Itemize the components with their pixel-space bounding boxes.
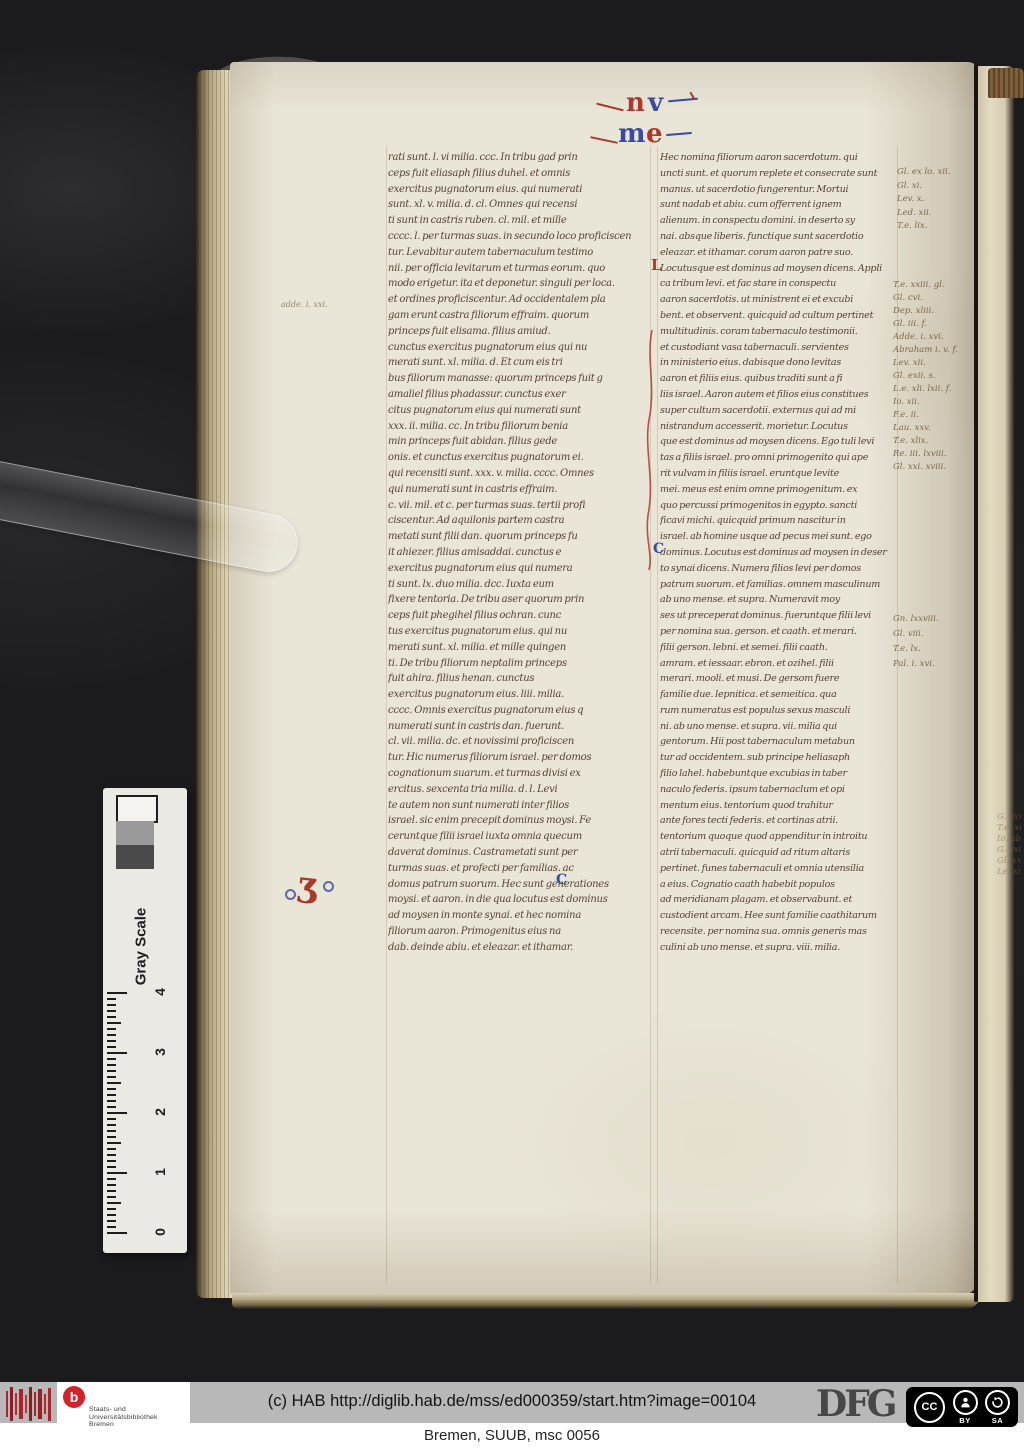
marginal-glosses: T.e. xxiii. gl.Gl. cvi.Dep. xliii.Gl. ii… xyxy=(893,279,993,474)
manuscript-text-line: uncti sunt. et quorum replete et consecr… xyxy=(660,166,900,182)
marginal-glosses: Gn. lxxviii.Gl. viii.T.e. lx.Pal. i. xvi… xyxy=(893,612,989,672)
ruler-tick xyxy=(107,1136,116,1138)
manuscript-text-line: tur ad occidentem. sub principe heliasap… xyxy=(660,750,900,766)
manuscript-text-line: custodient arcam. Hee sunt familie caath… xyxy=(660,908,900,924)
manuscript-text-line: cognationum suarum. et turmas divisi ex xyxy=(388,766,652,782)
rubric-initial: C xyxy=(556,872,567,888)
ruling-line xyxy=(657,146,658,1284)
manuscript-text-line: tus exercitus pugnatorum eius. qui nu xyxy=(388,624,652,640)
gray-scale-label: Gray Scale xyxy=(133,887,150,1007)
manuscript-text-line: gentorum. Hii post tabernaculum metabun xyxy=(660,734,900,750)
manuscript-text-line: te autem non sunt numerati inter filios xyxy=(388,798,652,814)
manuscript-text-line: ciscentur. Ad aquilonis partem castra xyxy=(388,513,652,529)
manuscript-text-line: a eius. Cognatio caath habebit populos xyxy=(660,877,900,893)
manuscript-text-line: atrii tabernaculi. quicquid ad ritum alt… xyxy=(660,845,900,861)
manuscript-text-line: patrum suorum. et familias. omnem mascul… xyxy=(660,577,900,593)
manuscript-text-line: pertinet. funes tabernaculi et omnia ute… xyxy=(660,861,900,877)
ruler-tick xyxy=(107,1034,116,1036)
ruler-tick xyxy=(107,1088,116,1090)
manuscript-text-line: fuit ahira. filius henan. cunctus xyxy=(388,671,652,687)
manuscript-text-line: modo erigetur. ita et deponetur. singuli… xyxy=(388,276,652,292)
ruler-tick xyxy=(107,992,127,994)
digitized-manuscript-photo: n v m e rati sunt. l. vi milia. ccc. In … xyxy=(0,0,1024,1448)
manuscript-text-line: filiorum aaron. Primogenitus eius na xyxy=(388,924,652,940)
ruler-tick xyxy=(107,1160,116,1162)
gloss-line: Dep. xliii. xyxy=(893,305,993,318)
manuscript-text-line: rum numeratus est populus sexus masculi xyxy=(660,703,900,719)
ruler-tick xyxy=(107,1148,116,1150)
manuscript-text-line: moysi. et aaron. in die qua locutus est … xyxy=(388,892,652,908)
manuscript-text-line: israel. ab homine usque ad pecus mei sun… xyxy=(660,529,900,545)
gloss-line: Le. xi. xl. xyxy=(997,867,1021,878)
manuscript-text-line: exercitus pugnatorum eius. qui numerati xyxy=(388,182,652,198)
cc-license-badge: CC BY SA xyxy=(906,1387,1018,1427)
gloss-line: Io. xii. xyxy=(893,396,993,409)
manuscript-text-line: filii gerson. lebni. et semei. filii caa… xyxy=(660,640,900,656)
manuscript-text-line: ficavi michi. quicquid primum nascitur i… xyxy=(660,513,900,529)
gloss-line: Lau. xxv. xyxy=(893,422,993,435)
manuscript-text-line: et custodiant vasa tabernaculi. servient… xyxy=(660,340,900,356)
red-marginal-flourish xyxy=(644,330,658,570)
manuscript-text-line: domus patrum suorum. Hec sunt generation… xyxy=(388,877,652,893)
manuscript-text-line: cunctus exercitus pugnatorum eius qui nu xyxy=(388,340,652,356)
gloss-line: Io. ab. xyxy=(997,834,1021,845)
ruler-tick xyxy=(107,1166,116,1168)
manuscript-text-line: culini ab uno mense. et supra. viii. mil… xyxy=(660,940,900,956)
manuscript-text-line: ceruntque filii israel iuxta omnia quecu… xyxy=(388,829,652,845)
blue-dot-ornament xyxy=(323,881,334,892)
ruler-number: 0 xyxy=(152,1223,168,1241)
manuscript-text-line: merati sunt. xl. milia. et mille quingen xyxy=(388,640,652,656)
manuscript-text-line: ni. ab uno mense. et supra. vii. milia q… xyxy=(660,719,900,735)
gloss-line: T.e. lx. xyxy=(893,642,989,657)
manuscript-text-line: recensite. per nomina sua. omnis generis… xyxy=(660,924,900,940)
ruler-tick xyxy=(107,1058,116,1060)
ruler-tick xyxy=(107,1154,116,1156)
manuscript-text-line: ti. De tribu filiorum neptalim princeps xyxy=(388,656,652,672)
gloss-line: T.e. xxiii. gl. xyxy=(893,279,993,292)
ruler-tick xyxy=(107,1208,116,1210)
manuscript-text-line: cccc. l. per turmas suas. in secundo loc… xyxy=(388,229,652,245)
manuscript-text-line: rit vulvam in filiis israel. eruntque le… xyxy=(660,466,900,482)
ruler-tick xyxy=(107,1094,116,1096)
manuscript-text-line: metati sunt filii dan. quorum princeps f… xyxy=(388,529,652,545)
shelfmark-text: Bremen, SUUB, msc 0056 xyxy=(0,1427,1024,1444)
ruler-tick xyxy=(107,1082,121,1084)
ruler-tick xyxy=(107,1112,127,1114)
ruler-number: 4 xyxy=(152,983,168,1001)
manuscript-text-line: familie due. lepnitica. et semeitica. qu… xyxy=(660,687,900,703)
manuscript-text-line: cl. vii. milia. dc. et novissimi profici… xyxy=(388,734,652,750)
gloss-line: T.e. lix. xyxy=(897,220,989,234)
manuscript-text-line: onis. et cunctus exercitus pugnatorum ei… xyxy=(388,450,652,466)
ruler-tick xyxy=(107,1022,121,1024)
manuscript-text-line: rati sunt. l. vi milia. ccc. In tribu ga… xyxy=(388,150,652,166)
cc-by-person-icon xyxy=(953,1390,978,1415)
manuscript-text-line: cccc. Omnis exercitus pugnatorum eius q xyxy=(388,703,652,719)
ruler-tick xyxy=(107,1046,116,1048)
ruler-tick xyxy=(107,1070,116,1072)
ruler-tick xyxy=(107,1016,116,1018)
manuscript-text-line: nistrandum accesserit. morietur. Locutus xyxy=(660,419,900,435)
manuscript-text-line: it ahiezer. filius amisaddai. cunctus e xyxy=(388,545,652,561)
manuscript-text-line: ab uno mense. et supra. Numeravit moy xyxy=(660,592,900,608)
quire-mark: Ʒ xyxy=(295,871,321,913)
ruling-line xyxy=(386,146,387,1284)
marginal-glosses: Gl. ex lo. xii.Gl. xi.Lev. x.Led. xii.T.… xyxy=(897,166,989,234)
blue-dot-ornament xyxy=(285,889,296,900)
gray-scale-patch-mid xyxy=(116,821,154,845)
gloss-line: Lev. xii. xyxy=(893,357,993,370)
ruler-tick xyxy=(107,1130,116,1132)
manuscript-text-line: ercitus. sexcenta tria milia. d. l. Levi xyxy=(388,782,652,798)
gloss-line: F.e. ii. xyxy=(893,409,993,422)
dfg-logo: DFG xyxy=(816,1383,895,1426)
cc-sa-arrow-icon xyxy=(985,1390,1010,1415)
gloss-line: Gl. cvi. xyxy=(893,292,993,305)
manuscript-text-line: ad moysen in monte synai. et hec nomina xyxy=(388,908,652,924)
manuscript-text-line: per nomina sua. gerson. et caath. et mer… xyxy=(660,624,900,640)
gloss-line: Pal. i. xvi. xyxy=(893,657,989,672)
ruler-tick xyxy=(107,1142,121,1144)
manuscript-text-line: daverat dominus. Castrametati sunt per xyxy=(388,845,652,861)
manuscript-text-line: Locutusque est dominus ad moysen dicens.… xyxy=(660,261,900,277)
ruler-tick xyxy=(107,1076,116,1078)
book-headband xyxy=(988,68,1024,98)
ruler-number: 1 xyxy=(152,1163,168,1181)
manuscript-text-line: liis israel. Aaron autem et filios eius … xyxy=(660,387,900,403)
gloss-line: Lev. x. xyxy=(897,193,989,207)
running-header-letter: m xyxy=(618,121,646,147)
manuscript-text-line: gam erunt castra filiorum effraim. quoru… xyxy=(388,308,652,324)
manuscript-text-line: tur. Levabitur autem tabernaculum testim… xyxy=(388,245,652,261)
manuscript-text-line: ca tribum levi. et fac stare in conspect… xyxy=(660,276,900,292)
manuscript-text-line: fixere tentoria. De tribu aser quorum pr… xyxy=(388,592,652,608)
running-header-letter: e xyxy=(646,121,663,147)
text-column-left: rati sunt. l. vi milia. ccc. In tribu ga… xyxy=(388,150,652,956)
manuscript-text-line: min princeps fuit abidan. filius gede xyxy=(388,434,652,450)
manuscript-text-line: merari. mooli. et musi. De gersom fuere xyxy=(660,671,900,687)
manuscript-text-line: exercitus pugnatorum eius qui numera xyxy=(388,561,652,577)
manuscript-text-line: xxx. ii. milia. cc. In tribu filiorum be… xyxy=(388,419,652,435)
running-header-letter: v xyxy=(648,90,663,116)
manuscript-text-line: amram. et iessaar. ebron. et ozihel. fil… xyxy=(660,656,900,672)
manuscript-text-line: nai. absque liberis. functique sunt sace… xyxy=(660,229,900,245)
cc-sa-item: SA xyxy=(985,1390,1010,1425)
manuscript-text-line: numerati sunt in castris dan. fuerunt. xyxy=(388,719,652,735)
manuscript-text-line: ad meridianam plagam. et observabunt. et xyxy=(660,892,900,908)
manuscript-text-line: ceps fuit eliasaph filius duhel. et omni… xyxy=(388,166,652,182)
gloss-line: L.e. xli. lxii. f. xyxy=(893,383,993,396)
cc-by-label: BY xyxy=(959,1416,970,1425)
facing-page-edge xyxy=(978,66,1014,1302)
running-header-letter: n xyxy=(626,90,645,116)
manuscript-text-line: tentorium quoque quod appenditur in intr… xyxy=(660,829,900,845)
ruler-number: 3 xyxy=(152,1043,168,1061)
manuscript-text-line: ti sunt. lx. duo milia. dcc. Iuxta eum xyxy=(388,577,652,593)
manuscript-text-line: naculo federis. ipsum tabernaclum et opi xyxy=(660,782,900,798)
manuscript-text-line: bus filiorum manasse: quorum princeps fu… xyxy=(388,371,652,387)
gloss-line: Gl. ex lo. xii. xyxy=(897,166,989,180)
manuscript-text-line: aaron et filiis eius. quibus traditi sun… xyxy=(660,371,900,387)
manuscript-text-line: merati sunt. xl. milia. d. Et cum eis tr… xyxy=(388,355,652,371)
manuscript-text-line: nii. per officia levitarum et turmas eor… xyxy=(388,261,652,277)
ruler-tick xyxy=(107,1220,116,1222)
gloss-line: G. xxiii. xyxy=(997,845,1021,856)
ruler-tick xyxy=(107,1178,116,1180)
manuscript-text-line: ti sunt in castris ruben. cl. mil. et mi… xyxy=(388,213,652,229)
manuscript-text-line: mentum eius. tentorium quod trahitur xyxy=(660,798,900,814)
marginal-glosses-facing-page: G. xxx.T.e. xlix.Io. ab.G. xxiii.Gl. xxi… xyxy=(997,812,1021,878)
ruler-tick xyxy=(107,1226,116,1228)
ruler-tick xyxy=(107,998,116,1000)
ruler-tick xyxy=(107,1106,116,1108)
manuscript-text-line: princeps fuit elisama. filius amiud. xyxy=(388,324,652,340)
gloss-line: Led. xii. xyxy=(897,207,989,221)
manuscript-text-line: alienum. in conspectu domini. in deserto… xyxy=(660,213,900,229)
ruler-tick xyxy=(107,1202,121,1204)
manuscript-text-line: eleazar. et ithamar. coram aaron patre s… xyxy=(660,245,900,261)
ruler-tick xyxy=(107,1124,116,1126)
manuscript-text-line: exercitus pugnatorum eius. liii. milia. xyxy=(388,687,652,703)
manuscript-text-line: to synai dicens. Numera filios levi per … xyxy=(660,561,900,577)
gloss-line: T.e. xlix. xyxy=(997,823,1021,834)
ruler-tick xyxy=(107,1100,116,1102)
cc-sa-label: SA xyxy=(992,1416,1003,1425)
manuscript-text-line: tas a filiis israel. pro omni primogenit… xyxy=(660,450,900,466)
manuscript-text-line: turmas suas. et profecti per familias. a… xyxy=(388,861,652,877)
ruler-tick xyxy=(107,1196,116,1198)
library-name-line: Universitätsbibliothek xyxy=(89,1414,158,1422)
text-column-right: Hec nomina filiorum aaron sacerdotum. qu… xyxy=(660,150,900,956)
gloss-line: Gl. xxi. xviii. xyxy=(893,461,993,474)
ruler-tick xyxy=(107,1040,116,1042)
gloss-line: Adde. i. xvi. xyxy=(893,331,993,344)
ruler-tick xyxy=(107,1064,116,1066)
gray-scale-ruler-card: Gray Scale 01234 xyxy=(103,788,187,1253)
manuscript-text-line: manus. ut sacerdotio fungerentur. Mortui xyxy=(660,182,900,198)
ruler-number: 2 xyxy=(152,1103,168,1121)
manuscript-text-line: qui numerati sunt in castris effraim. xyxy=(388,482,652,498)
gloss-line: Gn. lxxviii. xyxy=(893,612,989,627)
ruler-tick xyxy=(107,1214,116,1216)
gloss-line: Gl. exii. s. xyxy=(893,370,993,383)
ruler-tick xyxy=(107,1052,127,1054)
manuscript-text-line: bent. et observent. quicquid ad cultum p… xyxy=(660,308,900,324)
manuscript-text-line: c. vii. mil. et c. per turmas suas. tert… xyxy=(388,498,652,514)
gloss-line: G. xxx. xyxy=(997,812,1021,823)
gray-scale-patch-white xyxy=(116,795,158,823)
manuscript-text-line: quo percussi primogenitos in egypto. san… xyxy=(660,498,900,514)
manuscript-text-line: sunt nadab et abiu. cum offerrent ignem xyxy=(660,197,900,213)
gloss-line: Gl. iii. f. xyxy=(893,318,993,331)
ruler-tick xyxy=(107,1028,116,1030)
book-fore-edge-stack xyxy=(196,70,234,1298)
rubric-initial: L xyxy=(651,256,662,274)
gloss-line: Re. iii. lxviii. xyxy=(893,448,993,461)
gloss-line: Gl. xxi. xyxy=(997,856,1021,867)
manuscript-text-line: et ordines proficiscentur. Ad occidental… xyxy=(388,292,652,308)
manuscript-text-line: dominus. Locutus est dominus ad moysen i… xyxy=(660,545,900,561)
ruler-tick xyxy=(107,1184,116,1186)
gloss-line: Gl. viii. xyxy=(893,627,989,642)
ruler-tick xyxy=(107,1190,116,1192)
margin-note: adde. i. xxi. xyxy=(281,300,328,309)
manuscript-text-line: multitudinis. coram tabernaculo testimon… xyxy=(660,324,900,340)
manuscript-text-line: in ministerio eius. dabisque dono levita… xyxy=(660,355,900,371)
book-bottom-edges xyxy=(232,1293,980,1309)
manuscript-text-line: que est dominus ad moysen dicens. Ego tu… xyxy=(660,434,900,450)
manuscript-text-line: ceps fuit phegihel filius ochran. cunc xyxy=(388,608,652,624)
ruler-tick xyxy=(107,1118,116,1120)
gray-scale-patch-dark xyxy=(116,845,154,869)
cc-logo: CC xyxy=(914,1392,945,1423)
manuscript-text-line: super cultum sacerdotii. externus qui ad… xyxy=(660,403,900,419)
cc-by-item: BY xyxy=(953,1390,978,1425)
manuscript-text-line: citus pugnatorum eius qui numerati sunt xyxy=(388,403,652,419)
manuscript-text-line: mei. meus est enim omne primogenitum. ex xyxy=(660,482,900,498)
manuscript-text-line: aaron sacerdotis. ut ministrent ei et ex… xyxy=(660,292,900,308)
ruler-tick xyxy=(107,1004,116,1006)
manuscript-text-line: ses ut preceperat dominus. fueruntque fi… xyxy=(660,608,900,624)
gloss-line: Abraham i. v. f. xyxy=(893,344,993,357)
manuscript-text-line: tur. Hic numerus filiorum israel. per do… xyxy=(388,750,652,766)
ruler-tick xyxy=(107,1172,127,1174)
manuscript-text-line: israel. sic enim precepit dominus moysi.… xyxy=(388,813,652,829)
gloss-line: Gl. xi. xyxy=(897,180,989,194)
manuscript-text-line: filio lahel. habebuntque excubias in tab… xyxy=(660,766,900,782)
manuscript-text-line: ante fores tecti federis. et cortinas at… xyxy=(660,813,900,829)
manuscript-text-line: dab. deinde abiu. et eleazar. et ithamar… xyxy=(388,940,652,956)
ruler-tick xyxy=(107,1232,127,1234)
manuscript-text-line: qui recensiti sunt. xxx. v. milia. cccc.… xyxy=(388,466,652,482)
gloss-line: T.e. xlix. xyxy=(893,435,993,448)
manuscript-text-line: amaliel filius phadassur. cunctus exer xyxy=(388,387,652,403)
manuscript-text-line: Hec nomina filiorum aaron sacerdotum. qu… xyxy=(660,150,900,166)
ruler-tick xyxy=(107,1010,116,1012)
manuscript-text-line: sunt. xl. v. milia. d. cl. Omnes qui rec… xyxy=(388,197,652,213)
